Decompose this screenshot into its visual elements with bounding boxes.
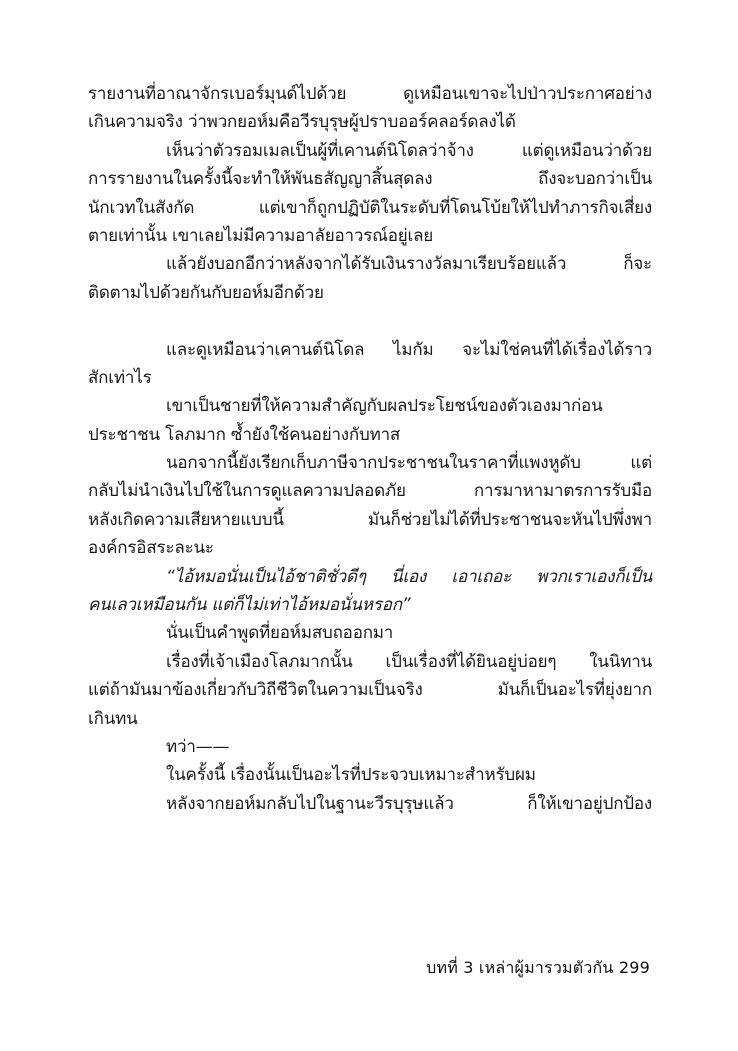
running-footer: บทที่ 3 เหล่าผู้มารวมตัวกัน 299 [426,956,650,981]
text-line-23: เกินทน [88,705,652,733]
text-line-4: การรายงานในครั้งนี้จะทำให้พันธสัญญาสิ้นส… [88,165,652,193]
text-line-2: เกินความจริง ว่าพวกยอห์มคือวีรบุรุษผู้ปร… [88,108,652,136]
text-line-6: ตายเท่านั้น เขาเลยไม่มีความอาลัยอาวรณ์อย… [88,222,652,250]
text-line-12: เขาเป็นชายที่ให้ความสำคัญกับผลประโยชน์ขอ… [88,392,652,420]
text-line-24: ทว่า—— [88,733,652,761]
text-line-14: นอกจากนี้ยังเรียกเก็บภาษีจากประชาชนในราค… [88,449,652,477]
text-line-15: กลับไม่นำเงินไปใช้ในการดูแลความปลอดภัย ก… [88,477,652,505]
text-line-3: เห็นว่าตัวรอมเมลเป็นผู้ที่เคานต์นิโดลว่า… [88,137,652,165]
text-line-1: รายงานที่อาณาจักรเบอร์มุนด์ไปด้วย ดูเหมื… [88,80,652,108]
text-line-25: ในครั้งนี้ เรื่องนั้นเป็นอะไรที่ประจวบเห… [88,761,652,789]
text-line-11: สักเท่าไร [88,364,652,392]
text-line-13: ประชาชน โลภมาก ซ้ำยังใช้คนอย่างกับทาส [88,421,652,449]
page-body: รายงานที่อาณาจักรเบอร์มุนด์ไปด้วย ดูเหมื… [88,80,652,818]
text-line-17: องค์กรอิสระละนะ [88,534,652,562]
blank-line [88,307,652,335]
dialogue-line-2: คนเลวเหมือนกัน แต่ก็ไม่เท่าไอ้หมอนั่นหรอ… [88,591,652,619]
text-line-10: และดูเหมือนว่าเคานต์นิโดล ไมกัม จะไม่ใช่… [88,336,652,364]
text-line-5: นักเวทในสังกัด แต่เขาก็ถูกปฏิบัติในระดับ… [88,194,652,222]
dialogue-line-1: “ไอ้หมอนั่นเป็นไอ้ชาติชั่วดีๆ นี่เอง เอา… [88,563,652,591]
text-line-26: หลังจากยอห์มกลับไปในฐานะวีรบุรุษแล้ว ก็ใ… [88,790,652,818]
text-line-20: นั่นเป็นคำพูดที่ยอห์มสบถออกมา [88,619,652,647]
text-line-16: หลังเกิดความเสียหายแบบนี้ มันก็ช่วยไม่ได… [88,506,652,534]
text-line-22: แต่ถ้ามันมาข้องเกี่ยวกับวิถีชีวิตในความเ… [88,676,652,704]
text-line-7: แล้วยังบอกอีกว่าหลังจากได้รับเงินรางวัลม… [88,250,652,278]
text-line-8: ติดตามไปด้วยกันกับยอห์มอีกด้วย [88,279,652,307]
text-line-21: เรื่องที่เจ้าเมืองโลภมากนั้น เป็นเรื่องท… [88,648,652,676]
